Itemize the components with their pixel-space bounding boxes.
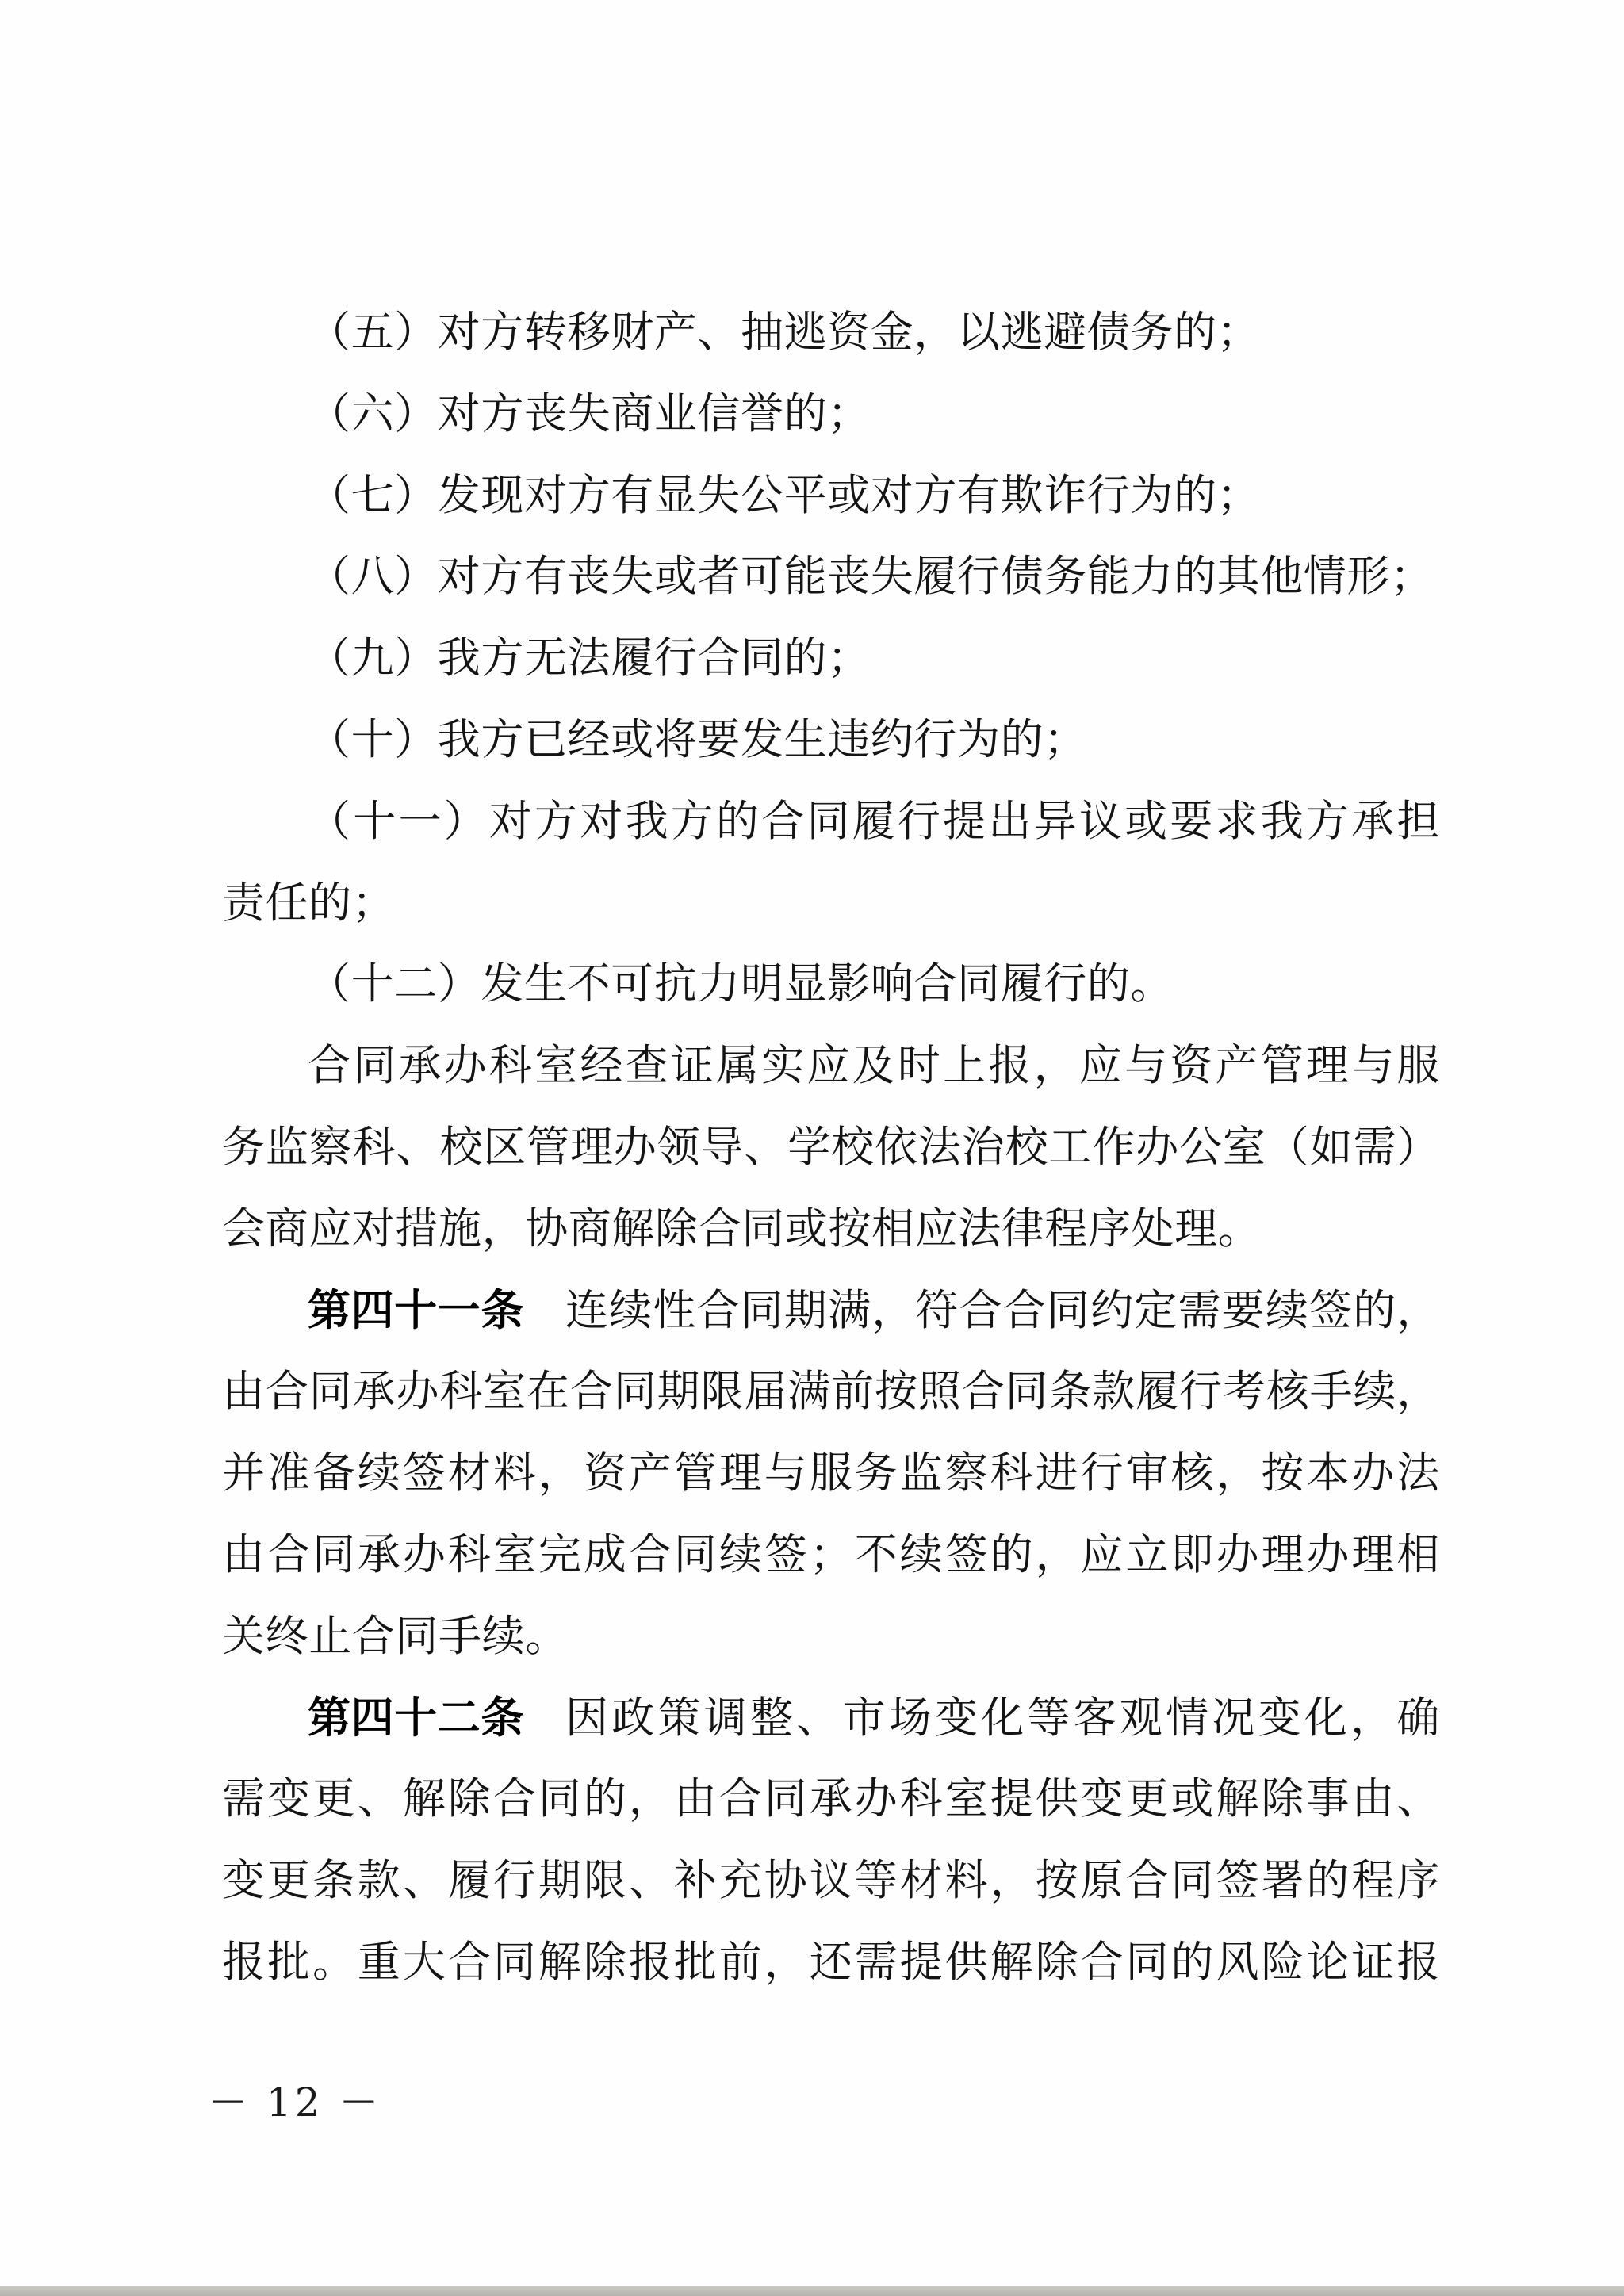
handling-paragraph-line-1: 合同承办科室经查证属实应及时上报，应与资产管理与服 — [222, 1025, 1440, 1107]
article-41-line-5: 关终止合同手续。 — [222, 1596, 1440, 1678]
article-41-line-4: 由合同承办科室完成合同续签；不续签的，应立即办理办理相 — [222, 1514, 1440, 1596]
document-page: （五）对方转移财产、抽逃资金，以逃避债务的； （六）对方丧失商业信誉的； （七）… — [0, 0, 1624, 2286]
list-item-11-continued: 责任的； — [222, 863, 1440, 944]
list-item-12: （十二）发生不可抗力明显影响合同履行的。 — [222, 943, 1440, 1025]
article-41-text: 连续性合同期满，符合合同约定需要续签的， — [565, 1270, 1440, 1352]
scan-bottom-edge — [0, 2286, 1624, 2296]
list-item-8: （八）对方有丧失或者可能丧失履行债务能力的其他情形； — [222, 536, 1440, 618]
list-item-9: （九）我方无法履行合同的； — [222, 618, 1440, 699]
list-item-11: （十一）对方对我方的合同履行提出异议或要求我方承担 — [222, 781, 1440, 863]
list-item-6: （六）对方丧失商业信誉的； — [222, 373, 1440, 455]
article-42-text: 因政策调整、市场变化等客观情况变化，确 — [565, 1678, 1440, 1759]
article-41-line-2: 由合同承办科室在合同期限届满前按照合同条款履行考核手续， — [222, 1351, 1440, 1433]
article-41-heading: 第四十一条 — [308, 1270, 524, 1352]
article-42-line-3: 变更条款、履行期限、补充协议等材料，按原合同签署的程序 — [222, 1840, 1440, 1922]
article-41-line-3: 并准备续签材料，资产管理与服务监察科进行审核，按本办法 — [222, 1433, 1440, 1514]
list-item-5: （五）对方转移财产、抽逃资金，以逃避债务的； — [222, 292, 1440, 373]
body-text: （五）对方转移财产、抽逃资金，以逃避债务的； （六）对方丧失商业信誉的； （七）… — [222, 292, 1440, 2003]
list-item-10: （十）我方已经或将要发生违约行为的； — [222, 699, 1440, 781]
handling-paragraph-line-2: 务监察科、校区管理办领导、学校依法治校工作办公室（如需） — [222, 1107, 1440, 1188]
article-42-line-1: 第四十二条 因政策调整、市场变化等客观情况变化，确 — [222, 1678, 1440, 1759]
list-item-7: （七）发现对方有显失公平或对方有欺诈行为的； — [222, 455, 1440, 537]
article-42-heading: 第四十二条 — [308, 1678, 524, 1759]
article-42-line-2: 需变更、解除合同的，由合同承办科室提供变更或解除事由、 — [222, 1758, 1440, 1840]
article-41-line-1: 第四十一条 连续性合同期满，符合合同约定需要续签的， — [222, 1270, 1440, 1352]
article-42-line-4: 报批。重大合同解除报批前，还需提供解除合同的风险论证报 — [222, 1922, 1440, 2003]
page-number: － 12 － — [208, 2071, 381, 2128]
handling-paragraph-line-3: 会商应对措施，协商解除合同或按相应法律程序处理。 — [222, 1188, 1440, 1270]
